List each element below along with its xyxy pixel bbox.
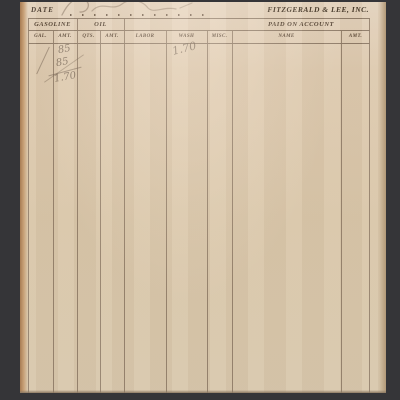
header-gasoline: GASOLINE: [28, 19, 77, 30]
column-divider: [232, 30, 233, 393]
handwritten-date-scribble: [56, 2, 206, 19]
ledger-table: GASOLINE OIL PAID ON ACCOUNT GAL. AMT. Q…: [28, 18, 370, 393]
subheader-row: GAL. AMT. QTS. AMT. LABOR WASH MISC. NAM…: [28, 31, 370, 44]
scanned-ledger-screenshot: { "document": { "date_label": "DATE", "c…: [0, 0, 400, 400]
column-divider: [166, 30, 167, 393]
date-label: DATE: [31, 6, 54, 14]
header-band: GASOLINE OIL PAID ON ACCOUNT: [28, 19, 370, 31]
col-header-name: NAME: [232, 31, 341, 43]
date-dotted-line: [70, 14, 208, 16]
paper-right-edge-shadow: [379, 2, 386, 393]
col-header-qts: QTS.: [77, 31, 100, 43]
handwritten-gasoline-amount-2: 85: [55, 56, 69, 69]
handwritten-gasoline-amount-1: 85: [57, 43, 71, 56]
paper-left-edge-shadow: [20, 2, 28, 393]
column-divider: [124, 19, 125, 393]
col-header-amt-paid: AMT.: [341, 31, 370, 43]
col-header-amt-gas: AMT.: [53, 31, 77, 43]
column-divider: [53, 30, 54, 393]
company-name: FITZGERALD & LEE, INC.: [267, 5, 369, 14]
table-left-border: [28, 19, 29, 393]
column-divider: [77, 19, 78, 393]
column-divider: [100, 30, 101, 393]
paper-sheet: DATE FITZGERALD & LEE, INC. GASOLINE OIL…: [20, 2, 386, 393]
col-header-labor: LABOR: [124, 31, 166, 43]
header-paid-on-account: PAID ON ACCOUNT: [232, 19, 370, 30]
col-header-misc: MISC.: [207, 31, 232, 43]
table-right-border: [369, 19, 370, 393]
column-divider: [341, 30, 342, 393]
header-oil: OIL: [77, 19, 124, 30]
col-header-amt-oil: AMT.: [100, 31, 124, 43]
column-divider: [207, 30, 208, 393]
col-header-gal: GAL.: [28, 31, 53, 43]
